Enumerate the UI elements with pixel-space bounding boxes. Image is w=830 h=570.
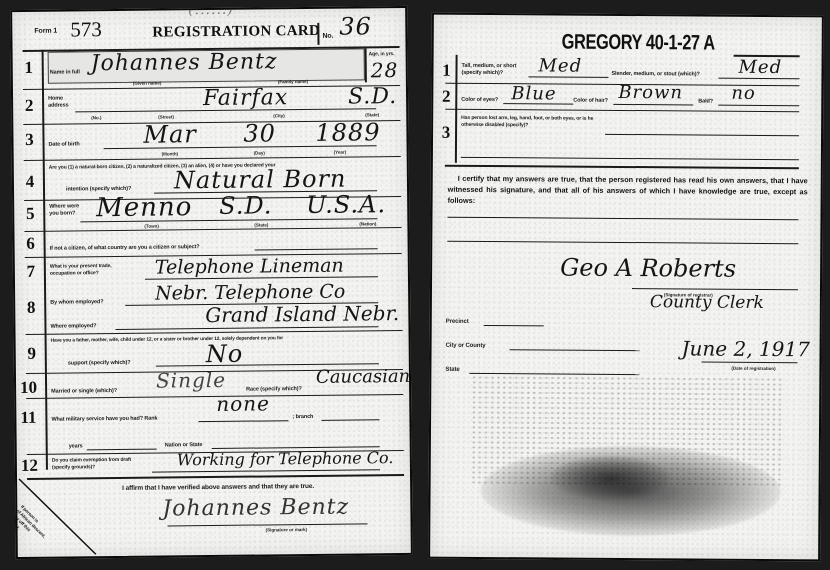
card-title: REGISTRATION CARD <box>152 23 320 42</box>
home-address-label: Home address <box>48 95 70 109</box>
signature-label: (Signature or mark) <box>266 527 308 532</box>
home-address-state: S.D. <box>348 84 397 110</box>
registration-date-label: (Date of registration) <box>731 366 775 371</box>
eye-color-label: Color of eyes? <box>461 97 498 104</box>
employer-label: By whom employed? <box>50 299 103 307</box>
certification-text: I certify that my answers are true, that… <box>448 173 808 209</box>
age-value: 28 <box>371 58 399 82</box>
birthplace-label: Where were you born? <box>49 203 79 217</box>
birth-nation: U.S.A. <box>306 190 386 219</box>
exemption-label: Do you claim exemption from draft (speci… <box>52 457 137 472</box>
registration-card-front: Form 1 573 REGISTRATION CARD No. 36 (...… <box>10 6 413 559</box>
marital-label: Married or single (which)? <box>51 388 117 396</box>
hair-color-label: Color of hair? <box>573 98 608 105</box>
place-employed-value: Grand Island Nebr. <box>205 301 399 327</box>
card-no-label: No. <box>322 33 333 40</box>
county-stamp: GREGORY 40-1-27 A <box>562 31 715 56</box>
military-service-label: What military service have you had? Rank <box>51 416 157 424</box>
card-no-value: 36 <box>339 12 372 40</box>
registration-date: June 2, 1917 <box>681 336 809 361</box>
registrant-signature: Johannes Bentz <box>162 495 349 522</box>
bald-label: Bald? <box>698 99 713 106</box>
birth-town: Menno <box>96 192 192 223</box>
faint-pencil-note: (......) <box>188 6 234 18</box>
eye-color-value: Blue <box>511 83 556 104</box>
height-label: Tall, medium, or short (specify which)? <box>461 63 526 77</box>
dob-label: Date of birth <box>49 141 80 148</box>
dependents-question: Have you a father, mother, wife, child u… <box>51 335 284 344</box>
dob-year: 1889 <box>315 118 380 147</box>
affirmation-text: I affirm that I have verified above answ… <box>122 483 314 492</box>
height-value: Med <box>538 55 582 76</box>
citizen-of-country-question: If not a citizen, of what country are yo… <box>50 244 200 253</box>
registration-card-back: GREGORY 40-1-27 A 1 Tall, medium, or sho… <box>428 13 824 562</box>
registrar-title: County Clerk <box>650 292 764 313</box>
home-address-city: Fairfax <box>203 85 288 111</box>
row-number: 1 <box>21 58 37 78</box>
exemption-value: Working for Telephone Co. <box>177 448 394 469</box>
race-value: Caucasian <box>316 366 410 388</box>
hair-color-value: Brown <box>618 82 683 103</box>
build-label: Slender, medium, or stout (which)? <box>611 71 699 79</box>
city-county-label: City or County <box>446 343 486 350</box>
name-label: Name in full <box>50 69 80 76</box>
precinct-label: Precinct <box>446 319 469 326</box>
military-service-value: none <box>216 391 270 416</box>
disability-question: Has person lost arm, leg, hand, foot, or… <box>461 115 606 130</box>
birth-state: S.D. <box>219 191 273 220</box>
state-label: State <box>445 367 459 374</box>
occupation-label: What is your present trade, occupation o… <box>50 263 135 278</box>
marital-value: Single <box>156 368 226 393</box>
dob-day: 30 <box>243 119 276 147</box>
form-number: 573 <box>70 17 102 42</box>
dob-month: Mar <box>143 120 197 149</box>
dependents-value: No <box>206 340 244 368</box>
place-employed-label: Where employed? <box>50 323 96 330</box>
registrar-signature: Geo A Roberts <box>560 254 736 283</box>
form-label: Form 1 <box>34 28 57 35</box>
name-value: Johannes Bentz <box>91 49 278 76</box>
occupation-value: Telephone Lineman <box>155 255 344 279</box>
bald-value: no <box>731 83 756 104</box>
speckle-noise <box>471 375 782 487</box>
build-value: Med <box>738 57 782 78</box>
